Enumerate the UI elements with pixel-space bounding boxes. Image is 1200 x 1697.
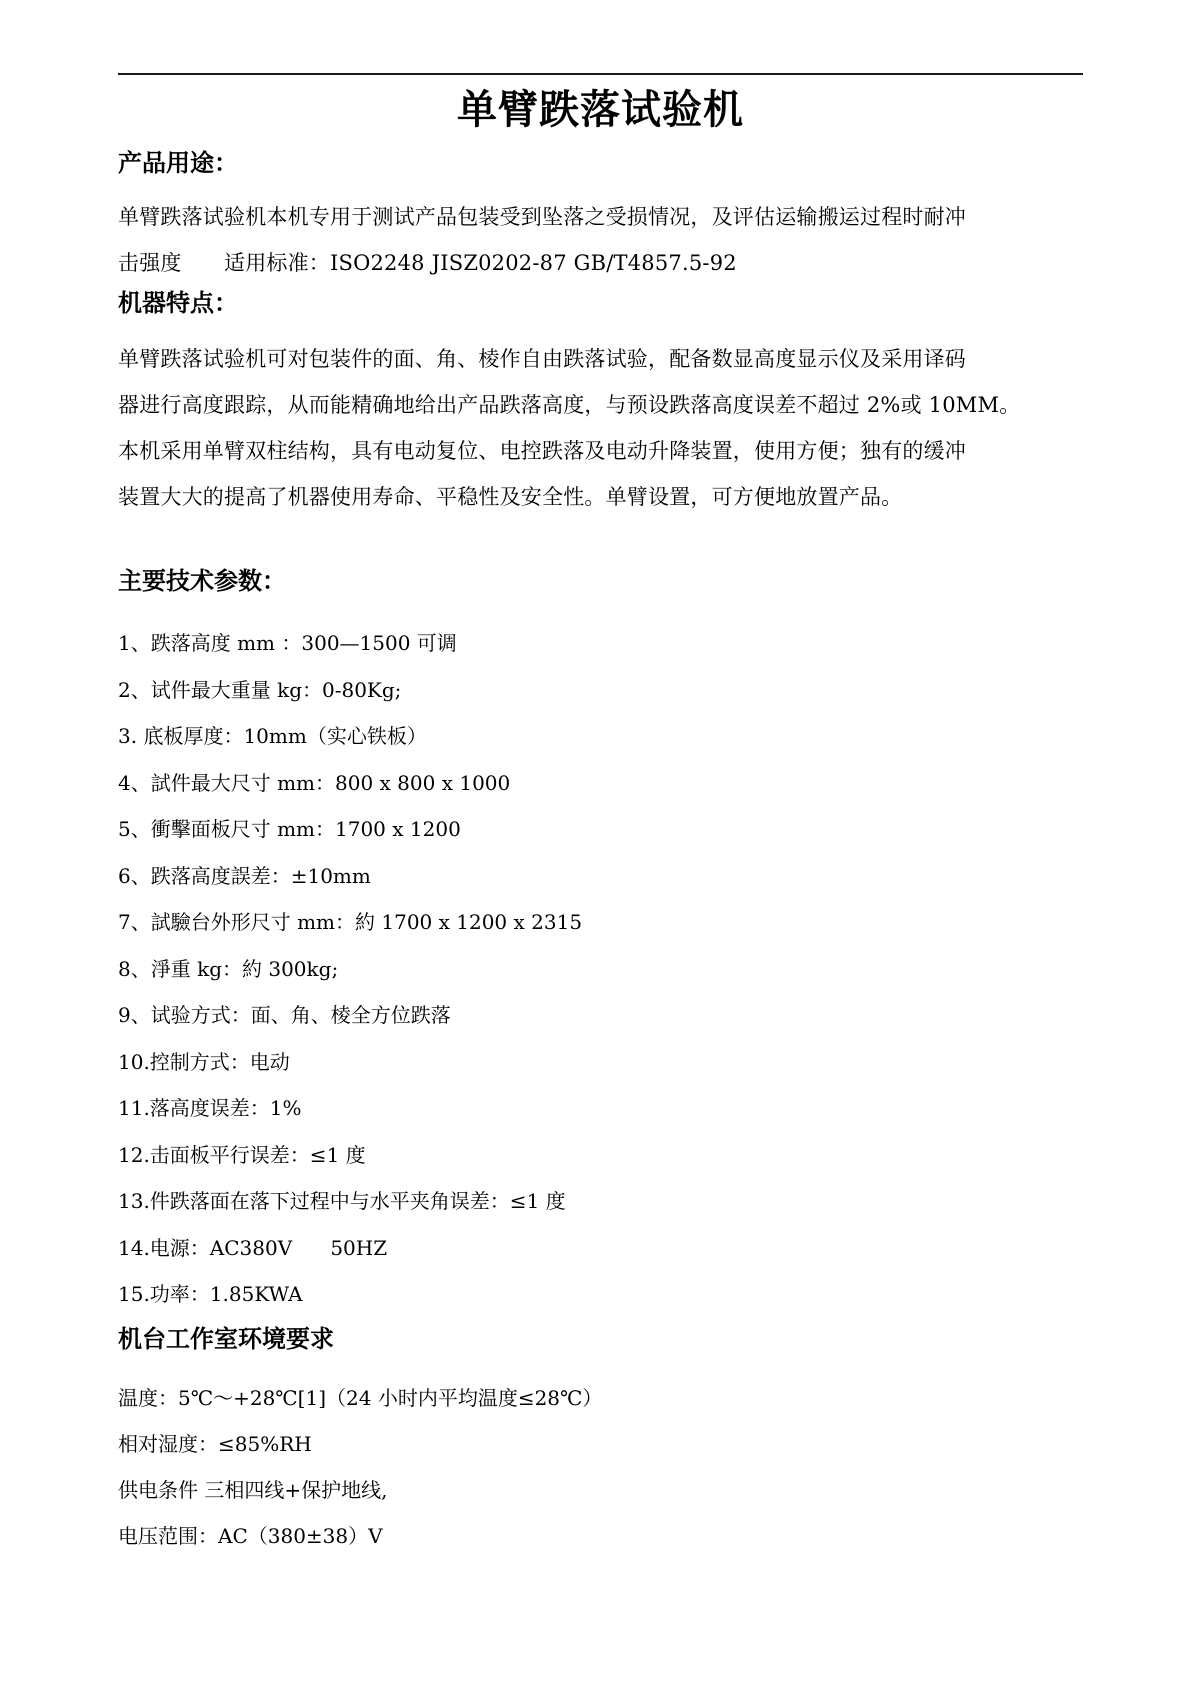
spec-item: 10.控制方式：电动 <box>118 1039 582 1086</box>
environment-list: 温度：5℃～+28℃[1]（24 小时内平均温度≤28℃） 相对湿度：≤85%R… <box>118 1375 602 1559</box>
spec-item: 14.电源：AC380V 50HZ <box>118 1225 582 1272</box>
spec-item: 7、試驗台外形尺寸 mm：約 1700 x 1200 x 2315 <box>118 899 582 946</box>
spec-item: 12.击面板平行误差：≤1 度 <box>118 1132 582 1179</box>
spec-item: 6、跌落高度誤差：±10mm <box>118 853 582 900</box>
spec-item: 4、試件最大尺寸 mm：800 x 800 x 1000 <box>118 760 582 807</box>
spec-item: 5、衝擊面板尺寸 mm：1700 x 1200 <box>118 806 582 853</box>
environment-item: 相对湿度：≤85%RH <box>118 1421 602 1467</box>
spec-item: 9、试验方式：面、角、棱全方位跌落 <box>118 992 582 1039</box>
features-line: 装置大大的提高了机器使用寿命、平稳性及安全性。单臂设置，可方便地放置产品。 <box>118 474 1083 520</box>
spec-item: 3. 底板厚度：10mm（实心铁板） <box>118 713 582 760</box>
features-paragraph: 单臂跌落试验机可对包装件的面、角、棱作自由跌落试验，配备数显高度显示仪及采用译码… <box>118 336 1083 520</box>
spec-item: 13.件跌落面在落下过程中与水平夹角误差：≤1 度 <box>118 1178 582 1225</box>
header-rule <box>118 73 1083 75</box>
usage-paragraph: 单臂跌落试验机本机专用于测试产品包装受到坠落之受损情况，及评估运输搬运过程时耐冲… <box>118 194 1083 286</box>
environment-item: 温度：5℃～+28℃[1]（24 小时内平均温度≤28℃） <box>118 1375 602 1421</box>
spec-list: 1、跌落高度 mm ：300—1500 可调 2、试件最大重量 kg：0-80K… <box>118 620 582 1318</box>
features-line: 单臂跌落试验机可对包装件的面、角、棱作自由跌落试验，配备数显高度显示仪及采用译码 <box>118 336 1083 382</box>
section-heading-usage: 产品用途： <box>118 146 238 180</box>
section-heading-specs: 主要技术参数： <box>118 564 286 598</box>
spec-item: 2、试件最大重量 kg：0-80Kg; <box>118 667 582 714</box>
section-heading-environment: 机台工作室环境要求 <box>118 1322 334 1356</box>
usage-line: 击强度 适用标准：ISO2248 JISZ0202-87 GB/T4857.5-… <box>118 240 1083 286</box>
environment-item: 电压范围：AC（380±38）V <box>118 1513 602 1559</box>
spec-item: 1、跌落高度 mm ：300—1500 可调 <box>118 620 582 667</box>
features-line: 器进行高度跟踪，从而能精确地给出产品跌落高度，与预设跌落高度误差不超过 2%或 … <box>118 382 1083 428</box>
spec-item: 15.功率：1.85KWA <box>118 1271 582 1318</box>
section-heading-features: 机器特点： <box>118 286 238 320</box>
spec-item: 8、淨重 kg：約 300kg; <box>118 946 582 993</box>
usage-line: 单臂跌落试验机本机专用于测试产品包装受到坠落之受损情况，及评估运输搬运过程时耐冲 <box>118 194 1083 240</box>
spec-item: 11.落高度误差：1% <box>118 1085 582 1132</box>
page-title: 单臂跌落试验机 <box>118 82 1083 138</box>
features-line: 本机采用单臂双柱结构，具有电动复位、电控跌落及电动升降装置，使用方便；独有的缓冲 <box>118 428 1083 474</box>
environment-item: 供电条件 三相四线+保护地线, <box>118 1467 602 1513</box>
